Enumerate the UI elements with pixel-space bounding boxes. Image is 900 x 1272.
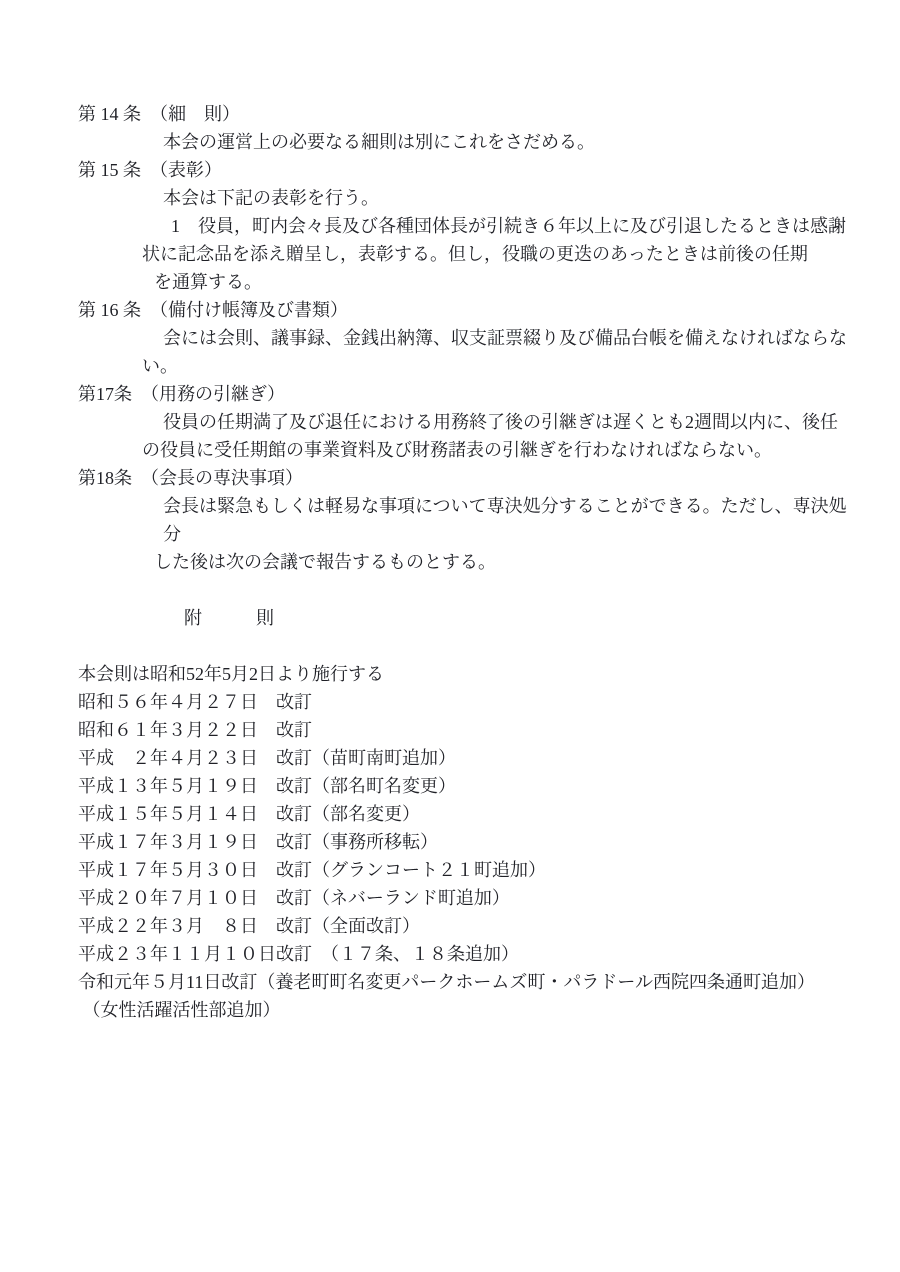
article-15-body-line: 本会は下記の表彰を行う。	[163, 184, 862, 212]
article-16-body-line: 会には会則、議事録、金銭出納簿、収支証票綴り及び備品台帳を備えなければならな	[163, 324, 862, 352]
revision-line: 平成１７年５月３０日 改訂（グランコート２１町追加）	[78, 856, 862, 884]
article-15-item-line: 状に記念品を添え贈呈し，表彰する。但し，役職の更迭のあったときは前後の任期	[142, 240, 862, 268]
revision-line: 平成１３年５月１９日 改訂（部名町名変更）	[78, 772, 862, 800]
article-15-heading: 第 15 条 （表彰）	[78, 156, 862, 184]
article-14-body-line: 本会の運営上の必要なる細則は別にこれをさだめる。	[163, 128, 862, 156]
article-16-heading: 第 16 条 （備付け帳簿及び書類）	[78, 296, 862, 324]
article-14-heading: 第 14 条 （細 則）	[78, 100, 862, 128]
article-18-heading: 第18条 （会長の専決事項）	[78, 464, 862, 492]
article-16-body-line: い。	[142, 352, 862, 380]
revision-line: 昭和５６年４月２７日 改訂	[78, 688, 862, 716]
revision-line: 平成１５年５月１４日 改訂（部名変更）	[78, 800, 862, 828]
revision-line: 平成 ２年４月２３日 改訂（苗町南町追加）	[78, 744, 862, 772]
revision-line: 昭和６１年３月２２日 改訂	[78, 716, 862, 744]
revision-line: 平成２３年１１月１０日改訂 （１７条、１８条追加）	[78, 940, 862, 968]
revision-line: 平成２０年７月１０日 改訂（ネバーランド町追加）	[78, 884, 862, 912]
article-17-body-line: 役員の任期満了及び退任における用務終了後の引継ぎは遅くとも2週間以内に、後任	[163, 408, 862, 436]
document-page: 第 14 条 （細 則） 本会の運営上の必要なる細則は別にこれをさだめる。 第 …	[0, 0, 900, 1272]
enactment-line: 本会則は昭和52年5月2日より施行する	[78, 660, 862, 688]
article-15-item-line: 1 役員，町内会々長及び各種団体長が引続き６年以上に及び引退したるときは感謝	[171, 212, 862, 240]
article-15-item-line: を通算する。	[154, 268, 862, 296]
article-18-body-line: した後は次の会議で報告するものとする。	[154, 548, 862, 576]
revision-line: 令和元年５月11日改訂（養老町町名変更パークホームズ町・パラドール西院四条通町追…	[78, 968, 862, 996]
article-17-heading: 第17条 （用務の引継ぎ）	[78, 380, 862, 408]
revision-line: 平成２２年３月 ８日 改訂（全面改訂）	[78, 912, 862, 940]
article-18-body-line: 会長は緊急もしくは軽易な事項について専決処分することができる。ただし、専決処分	[163, 492, 862, 548]
revision-line: （女性活躍活性部追加）	[78, 996, 862, 1024]
revision-history-section: 本会則は昭和52年5月2日より施行する 昭和５６年４月２７日 改訂 昭和６１年３…	[78, 660, 862, 1024]
articles-section: 第 14 条 （細 則） 本会の運営上の必要なる細則は別にこれをさだめる。 第 …	[78, 100, 862, 576]
article-17-body-line: の役員に受任期館の事業資料及び財務諸表の引継ぎを行わなければならない。	[142, 436, 862, 464]
revision-line: 平成１７年３月１９日 改訂（事務所移転）	[78, 828, 862, 856]
supplement-heading: 附 則	[184, 604, 862, 632]
